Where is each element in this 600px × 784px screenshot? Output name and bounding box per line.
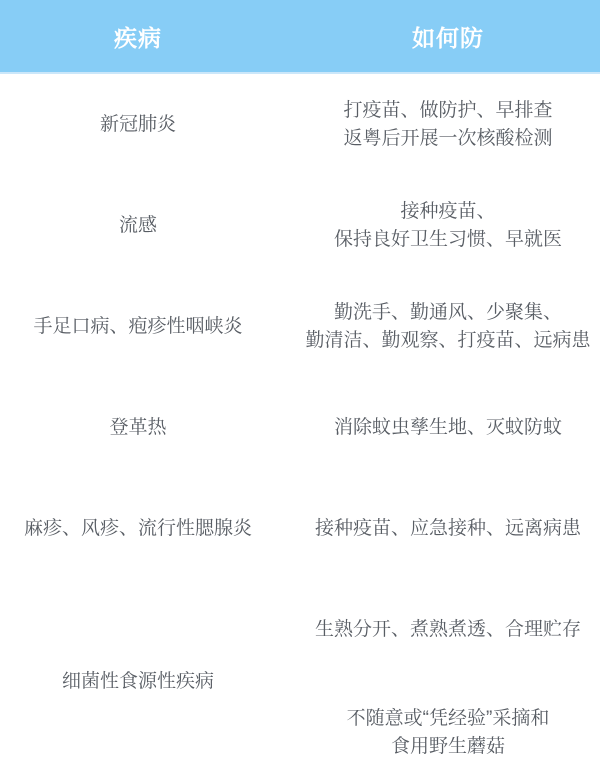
prevention-line: 勤洗手、勤通风、少聚集、 xyxy=(334,299,562,327)
disease-cell: 新冠肺炎 xyxy=(0,74,276,175)
prevention-cell: 勤洗手、勤通风、少聚集、 勤清洁、勤观察、打疫苗、远病患 xyxy=(276,276,600,377)
prevention-subcell-storage: 生熟分开、煮熟煮透、合理贮存 xyxy=(296,579,600,682)
table-row-measles: 麻疹、风疹、流行性腮腺炎 接种疫苗、应急接种、远离病患 xyxy=(0,478,600,579)
disease-cell: 细菌性食源性疾病 xyxy=(0,579,276,784)
prevention-subcell-mushroom: 不随意或“凭经验”采摘和 食用野生蘑菇 xyxy=(296,682,600,784)
prevention-line: 返粤后开展一次核酸检测 xyxy=(343,125,552,153)
table-row-dengue: 登革热 消除蚊虫孳生地、灭蚊防蚊 xyxy=(0,377,600,478)
prevention-line: 保持良好卫生习惯、早就医 xyxy=(334,226,562,254)
prevention-cell-group: 生熟分开、煮熟煮透、合理贮存 不随意或“凭经验”采摘和 食用野生蘑菇 xyxy=(276,579,600,784)
prevention-line: 接种疫苗、应急接种、远离病患 xyxy=(315,515,581,543)
prevention-line: 食用野生蘑菇 xyxy=(391,733,505,761)
prevention-cell: 打疫苗、做防护、早排查 返粤后开展一次核酸检测 xyxy=(276,74,600,175)
table-row-hfmd: 手足口病、疱疹性咽峡炎 勤洗手、勤通风、少聚集、 勤清洁、勤观察、打疫苗、远病患 xyxy=(0,276,600,377)
prevention-line: 勤清洁、勤观察、打疫苗、远病患 xyxy=(305,327,590,355)
disease-cell: 麻疹、风疹、流行性腮腺炎 xyxy=(0,478,276,579)
disease-cell: 流感 xyxy=(0,175,276,276)
prevention-line: 接种疫苗、 xyxy=(400,198,495,226)
table-row-foodborne: 细菌性食源性疾病 生熟分开、煮熟煮透、合理贮存 不随意或“凭经验”采摘和 食用野… xyxy=(0,579,600,784)
prevention-table: 疾病 如何防 新冠肺炎 打疫苗、做防护、早排查 返粤后开展一次核酸检测 流感 接… xyxy=(0,0,600,784)
header-cell-disease: 疾病 xyxy=(0,0,276,72)
table-header-row: 疾病 如何防 xyxy=(0,0,600,74)
table-row-covid: 新冠肺炎 打疫苗、做防护、早排查 返粤后开展一次核酸检测 xyxy=(0,74,600,175)
prevention-line: 生熟分开、煮熟煮透、合理贮存 xyxy=(315,616,581,644)
prevention-line: 消除蚊虫孳生地、灭蚊防蚊 xyxy=(334,414,562,442)
disease-cell: 手足口病、疱疹性咽峡炎 xyxy=(0,276,276,377)
table-row-flu: 流感 接种疫苗、 保持良好卫生习惯、早就医 xyxy=(0,175,600,276)
prevention-cell: 接种疫苗、 保持良好卫生习惯、早就医 xyxy=(276,175,600,276)
prevention-line: 打疫苗、做防护、早排查 xyxy=(343,97,552,125)
prevention-cell: 消除蚊虫孳生地、灭蚊防蚊 xyxy=(276,377,600,478)
prevention-line: 不随意或“凭经验”采摘和 xyxy=(347,705,550,733)
disease-prevention-infographic: 疾病 如何防 新冠肺炎 打疫苗、做防护、早排查 返粤后开展一次核酸检测 流感 接… xyxy=(0,0,600,784)
prevention-cell: 接种疫苗、应急接种、远离病患 xyxy=(276,478,600,579)
disease-cell: 登革热 xyxy=(0,377,276,478)
header-cell-prevention: 如何防 xyxy=(276,0,600,72)
